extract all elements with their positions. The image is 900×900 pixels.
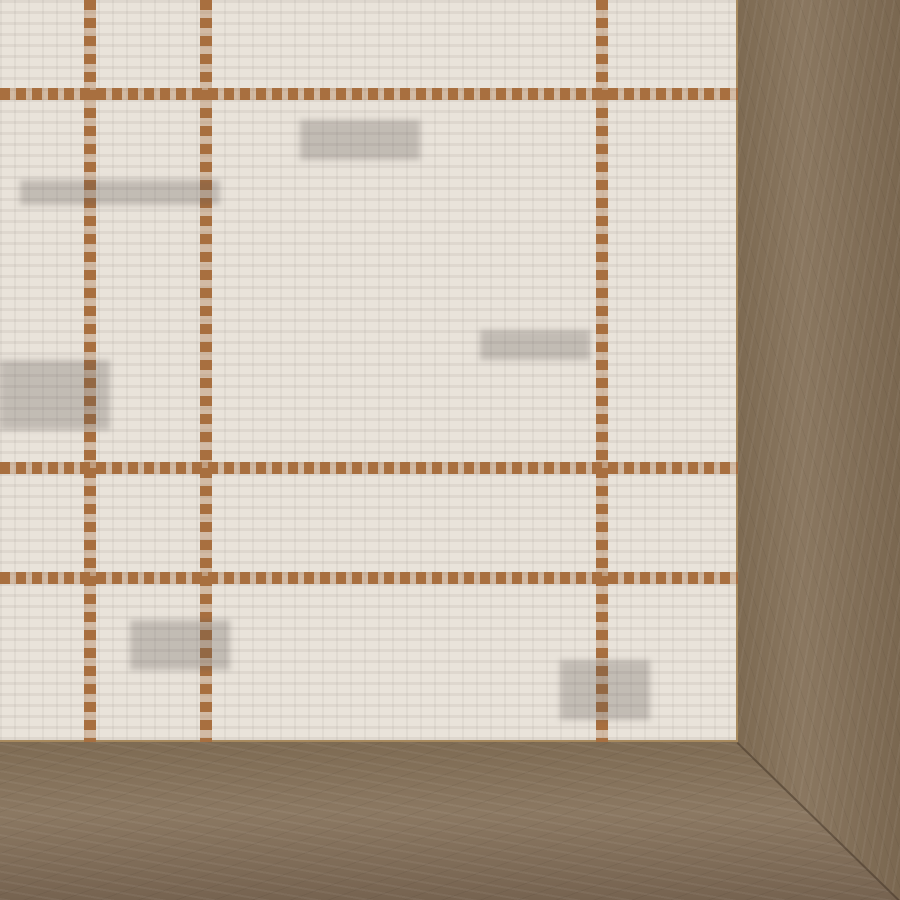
plaid-stripe-horizontal (0, 572, 738, 584)
carpet-sample-photo (0, 0, 900, 900)
plaid-stripe-vertical (596, 0, 608, 742)
gray-fleck (300, 120, 420, 160)
plaid-stripe-horizontal (0, 88, 738, 100)
gray-fleck (0, 360, 110, 430)
gray-fleck (20, 180, 220, 205)
plaid-carpet-field (0, 0, 738, 742)
gray-fleck (480, 330, 590, 360)
gray-fleck (130, 620, 230, 670)
plaid-stripe-horizontal (0, 462, 738, 474)
gray-fleck (560, 660, 650, 720)
